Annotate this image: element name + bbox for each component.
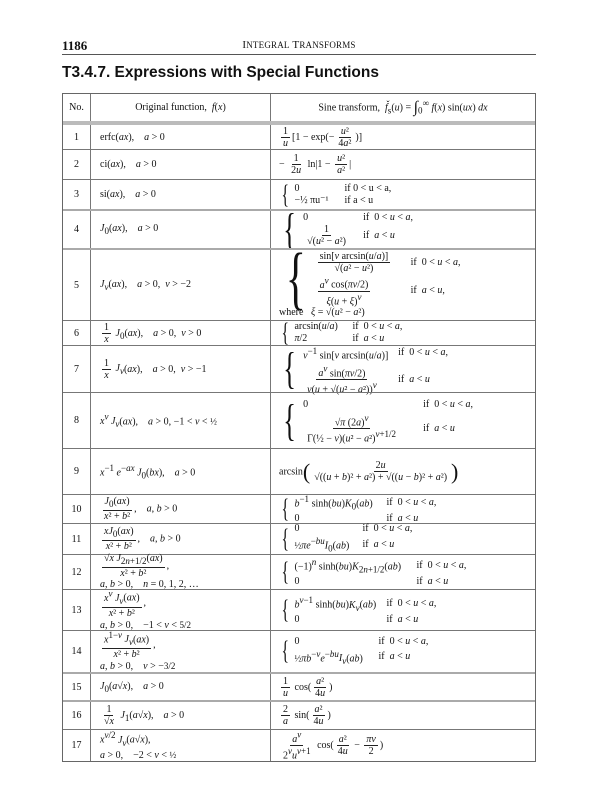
- condition: a > 0, −2 < ν < ½: [100, 749, 270, 762]
- table-row: 13 xν Jν(ax)x² + b², a, b > 0, −1 < ν < …: [63, 589, 535, 630]
- table-row: 11 xJ0(ax)x² + b², a, b > 0 { 0if 0 < u …: [63, 523, 535, 554]
- original-function: J0(a√x), a > 0: [91, 674, 271, 700]
- row-number: 6: [63, 321, 91, 345]
- row-number: 13: [63, 590, 91, 630]
- original-function: J0(ax), a > 0: [91, 211, 271, 248]
- original-function: xν Jν(ax)x² + b², a, b > 0, −1 < ν < 5/2: [91, 590, 271, 630]
- sine-transform: { (−1)n sinh(bu)K2n+1/2(ab)if 0 < u < a,…: [271, 555, 535, 589]
- table-row: 2 ci(ax), a > 0 − 12u ln|1 − u²a²|: [63, 149, 535, 179]
- row-number: 12: [63, 555, 91, 589]
- original-function: xJ0(ax)x² + b², a, b > 0: [91, 524, 271, 554]
- row-number: 17: [63, 730, 91, 761]
- row-number: 15: [63, 674, 91, 700]
- original-function: xν/2 Jν(a√x), a > 0, −2 < ν < ½: [91, 730, 271, 761]
- table-row: 15 J0(a√x), a > 0 1u cos(a²4u): [63, 672, 535, 700]
- table-row: 9 x−1 e−ax J0(bx), a > 0 arcsin(2u√((u +…: [63, 448, 535, 494]
- row-number: 5: [63, 250, 91, 320]
- original-function: √x J2n+1/2(ax)x² + b², a, b > 0, n = 0, …: [91, 555, 271, 589]
- table-row: 3 si(ax), a > 0 { 0if 0 < u < a, −½ πu⁻¹…: [63, 179, 535, 209]
- original-function: x−1 e−ax J0(bx), a > 0: [91, 449, 271, 494]
- row-number: 16: [63, 702, 91, 729]
- sine-transform: { arcsin(u/a)if 0 < u < a, π/2if a < u: [271, 321, 535, 345]
- sine-transform: arcsin(2u√((u + b)² + a²) + √((u − b)² +…: [271, 449, 535, 494]
- running-title: INTEGRAL TRANSFORMS: [62, 39, 536, 51]
- row-number: 7: [63, 346, 91, 392]
- section-title: T3.4.7. Expressions with Special Functio…: [62, 64, 379, 82]
- header-no: No.: [63, 94, 91, 121]
- original-function: Jν(ax), a > 0, ν > −2: [91, 250, 271, 320]
- original-function: ci(ax), a > 0: [91, 150, 271, 179]
- header-transform: Sine transform, f̌s(u) = ∫0∞ f(x) sin(ux…: [271, 94, 535, 121]
- sine-transform: { b−1 sinh(bu)K0(ab)if 0 < u < a, 0if a …: [271, 495, 535, 523]
- table-row: 1 erfc(ax), a > 0 1u[1 − exp(−u²4a²)]: [63, 121, 535, 149]
- row-number: 3: [63, 180, 91, 209]
- table-header-row: No. Original function, f(x) Sine transfo…: [63, 94, 535, 121]
- sine-transform: 2a sin(a²4u): [271, 702, 535, 729]
- sine-transform: 1u[1 − exp(−u²4a²)]: [271, 125, 535, 149]
- table-row: 16 1√x J1(a√x), a > 0 2a sin(a²4u): [63, 700, 535, 729]
- original-function: 1√x J1(a√x), a > 0: [91, 702, 271, 729]
- row-number: 2: [63, 150, 91, 179]
- original-function: 1x Jν(ax), a > 0, ν > −1: [91, 346, 271, 392]
- original-function: xν Jν(ax), a > 0, −1 < ν < ½: [91, 393, 271, 448]
- sine-transform: { 0if 0 < u < a, 1√(u² − a²)if a < u: [271, 211, 535, 248]
- table-row: 7 1x Jν(ax), a > 0, ν > −1 { ν−1 sin[ν a…: [63, 345, 535, 392]
- table-row: 14 x1−ν Jν(ax)x² + b², a, b > 0, ν > −3/…: [63, 630, 535, 672]
- sine-transform: { bν−1 sinh(bu)Kν(ab)if 0 < u < a, 0if a…: [271, 590, 535, 630]
- sine-transform: { 0if 0 < u < a, ½πe−buI0(ab)if a < u: [271, 524, 535, 554]
- sine-transform: aν2νuν+1 cos(a²4u − πν2): [271, 730, 535, 761]
- where-clause: where ξ = √(u² − a²): [279, 307, 535, 319]
- header-original: Original function, f(x): [91, 94, 271, 121]
- original-function: erfc(ax), a > 0: [91, 125, 271, 149]
- row-number: 8: [63, 393, 91, 448]
- sine-transform: { sin[ν arcsin(u/a)]√(a² − u²)if 0 < u <…: [271, 250, 535, 320]
- sine-transform: { 0if 0 < u < a, −½ πu⁻¹if a < u: [271, 180, 535, 209]
- row-number: 1: [63, 125, 91, 149]
- table-row: 6 1x J0(ax), a > 0, ν > 0 { arcsin(u/a)i…: [63, 320, 535, 345]
- sine-transform: { 0if 0 < u < a, ½πb−νe−buIν(ab)if a < u: [271, 631, 535, 672]
- row-number: 11: [63, 524, 91, 554]
- row-number: 4: [63, 211, 91, 248]
- row-number: 10: [63, 495, 91, 523]
- table-row: 17 xν/2 Jν(a√x), a > 0, −2 < ν < ½ aν2νu…: [63, 729, 535, 761]
- table-row: 5 Jν(ax), a > 0, ν > −2 { sin[ν arcsin(u…: [63, 248, 535, 320]
- sine-transform: 1u cos(a²4u): [271, 674, 535, 700]
- sine-transform: { ν−1 sin[ν arcsin(u/a)]if 0 < u < a, aν…: [271, 346, 535, 392]
- table-row: 12 √x J2n+1/2(ax)x² + b², a, b > 0, n = …: [63, 554, 535, 589]
- row-number: 9: [63, 449, 91, 494]
- table-row: 8 xν Jν(ax), a > 0, −1 < ν < ½ { 0if 0 <…: [63, 392, 535, 448]
- original-function: x1−ν Jν(ax)x² + b², a, b > 0, ν > −3/2: [91, 631, 271, 672]
- table-row: 10 J0(ax)x² + b², a, b > 0 { b−1 sinh(bu…: [63, 494, 535, 523]
- original-function: 1x J0(ax), a > 0, ν > 0: [91, 321, 271, 345]
- row-number: 14: [63, 631, 91, 672]
- original-function: si(ax), a > 0: [91, 180, 271, 209]
- sine-transform: { 0if 0 < u < a, √π (2a)νΓ(½ − ν)(u² − a…: [271, 393, 535, 448]
- original-function: J0(ax)x² + b², a, b > 0: [91, 495, 271, 523]
- sine-transform: − 12u ln|1 − u²a²|: [271, 150, 535, 179]
- transform-table: No. Original function, f(x) Sine transfo…: [62, 93, 536, 762]
- running-head: 1186 INTEGRAL TRANSFORMS: [62, 38, 536, 55]
